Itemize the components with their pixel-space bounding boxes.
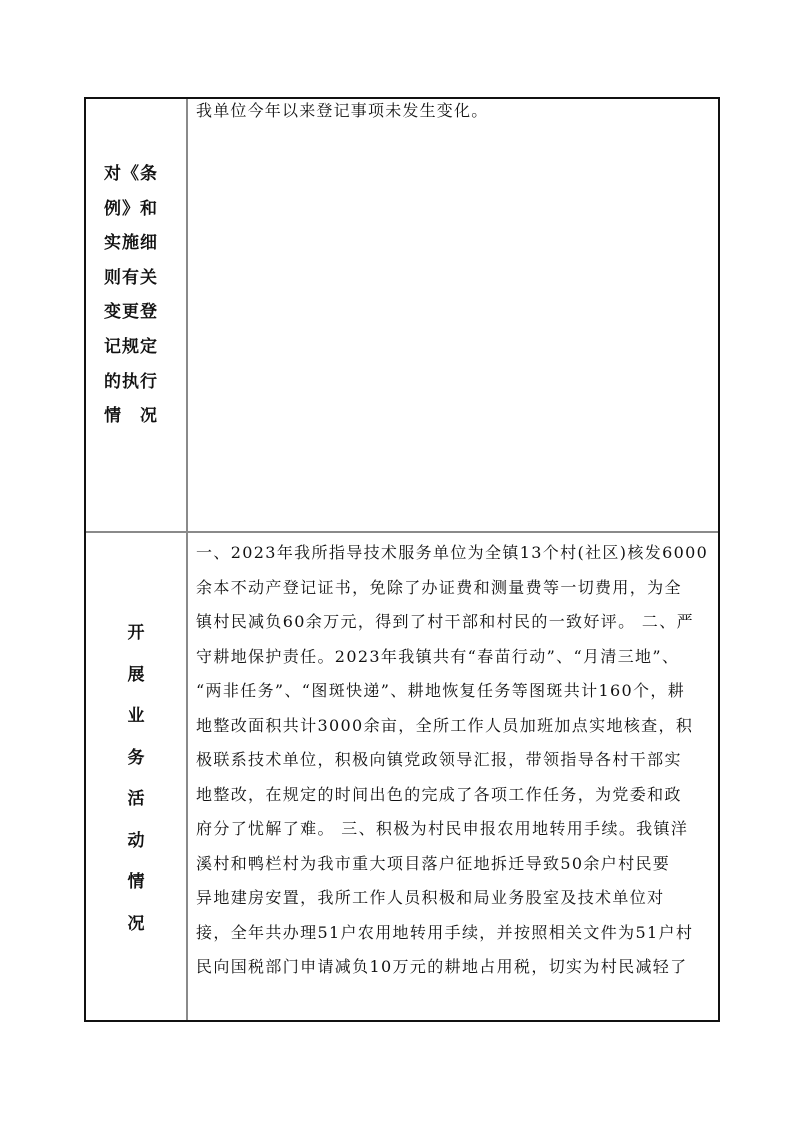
text-line: 溪村和鸭栏村为我市重大项目落户征地拆迁导致50余户村民要 <box>196 847 714 882</box>
row-label-business-activities: 开 展 业 务 活 动 情 况 <box>86 613 186 945</box>
row-content-cell: 一、2023年我所指导技术服务单位为全镇13个村(社区)核发6000 余本不动产… <box>190 533 718 1020</box>
text-line: 一、2023年我所指导技术服务单位为全镇13个村(社区)核发6000 <box>196 536 714 571</box>
row-label-cell: 对《条 例》和 实施细 则有关 变更登 记规定 的执行 情 况 <box>86 99 188 531</box>
row-content-cell: 我单位今年以来登记事项未发生变化。 <box>190 99 718 531</box>
text-line: 接，全年共办理51户农用地转用手续，并按照相关文件为51户村 <box>196 916 714 951</box>
label-line: 对《条 <box>104 157 174 192</box>
text-line: 民向国税部门申请减负10万元的耕地占用税，切实为村民减轻了 <box>196 950 714 985</box>
table-row-business-activities: 开 展 业 务 活 动 情 况 一、2023年我所指导技术服务单位为全镇13个村… <box>86 533 718 1020</box>
text-line: 余本不动产登记证书，免除了办证费和测量费等一切费用，为全 <box>196 571 714 606</box>
label-char: 业 <box>86 696 186 738</box>
text-line: 镇村民减负60余万元，得到了村干部和村民的一致好评。 二、严 <box>196 605 714 640</box>
registration-change-text: 我单位今年以来登记事项未发生变化。 <box>196 100 488 122</box>
label-char: 况 <box>86 904 186 946</box>
label-line: 则有关 <box>104 261 174 296</box>
label-char: 动 <box>86 821 186 863</box>
text-line: 府分了忧解了难。 三、积极为村民申报农用地转用手续。我镇洋 <box>196 812 714 847</box>
text-line: “两非任务”、“图斑快递”、耕地恢复任务等图斑共计160个，耕 <box>196 674 714 709</box>
text-line: 地整改面积共计3000余亩，全所工作人员加班加点实地核查，积 <box>196 709 714 744</box>
label-line: 例》和 <box>104 192 174 227</box>
label-line: 实施细 <box>104 226 174 261</box>
label-line: 记规定 <box>104 330 174 365</box>
row-label-regulation-compliance: 对《条 例》和 实施细 则有关 变更登 记规定 的执行 情 况 <box>104 157 174 434</box>
label-line: 变更登 <box>104 295 174 330</box>
report-table: 对《条 例》和 实施细 则有关 变更登 记规定 的执行 情 况 我单位今年以来登… <box>84 97 720 1022</box>
label-char: 展 <box>86 655 186 697</box>
text-line: 极联系技术单位，积极向镇党政领导汇报，带领指导各村干部实 <box>196 743 714 778</box>
label-line: 的执行 <box>104 365 174 400</box>
label-char: 活 <box>86 779 186 821</box>
text-line: 地整改，在规定的时间出色的完成了各项工作任务，为党委和政 <box>196 778 714 813</box>
label-char: 情 <box>86 862 186 904</box>
business-activities-text: 一、2023年我所指导技术服务单位为全镇13个村(社区)核发6000 余本不动产… <box>196 536 714 985</box>
label-char: 开 <box>86 613 186 655</box>
text-line: 异地建房安置，我所工作人员积极和局业务股室及技术单位对 <box>196 881 714 916</box>
text-line: 守耕地保护责任。2023年我镇共有“春苗行动”、“月清三地”、 <box>196 640 714 675</box>
table-row-registration-changes: 对《条 例》和 实施细 则有关 变更登 记规定 的执行 情 况 我单位今年以来登… <box>86 99 718 533</box>
label-char: 务 <box>86 738 186 780</box>
row-label-cell: 开 展 业 务 活 动 情 况 <box>86 533 188 1020</box>
label-line: 情 况 <box>104 399 174 434</box>
